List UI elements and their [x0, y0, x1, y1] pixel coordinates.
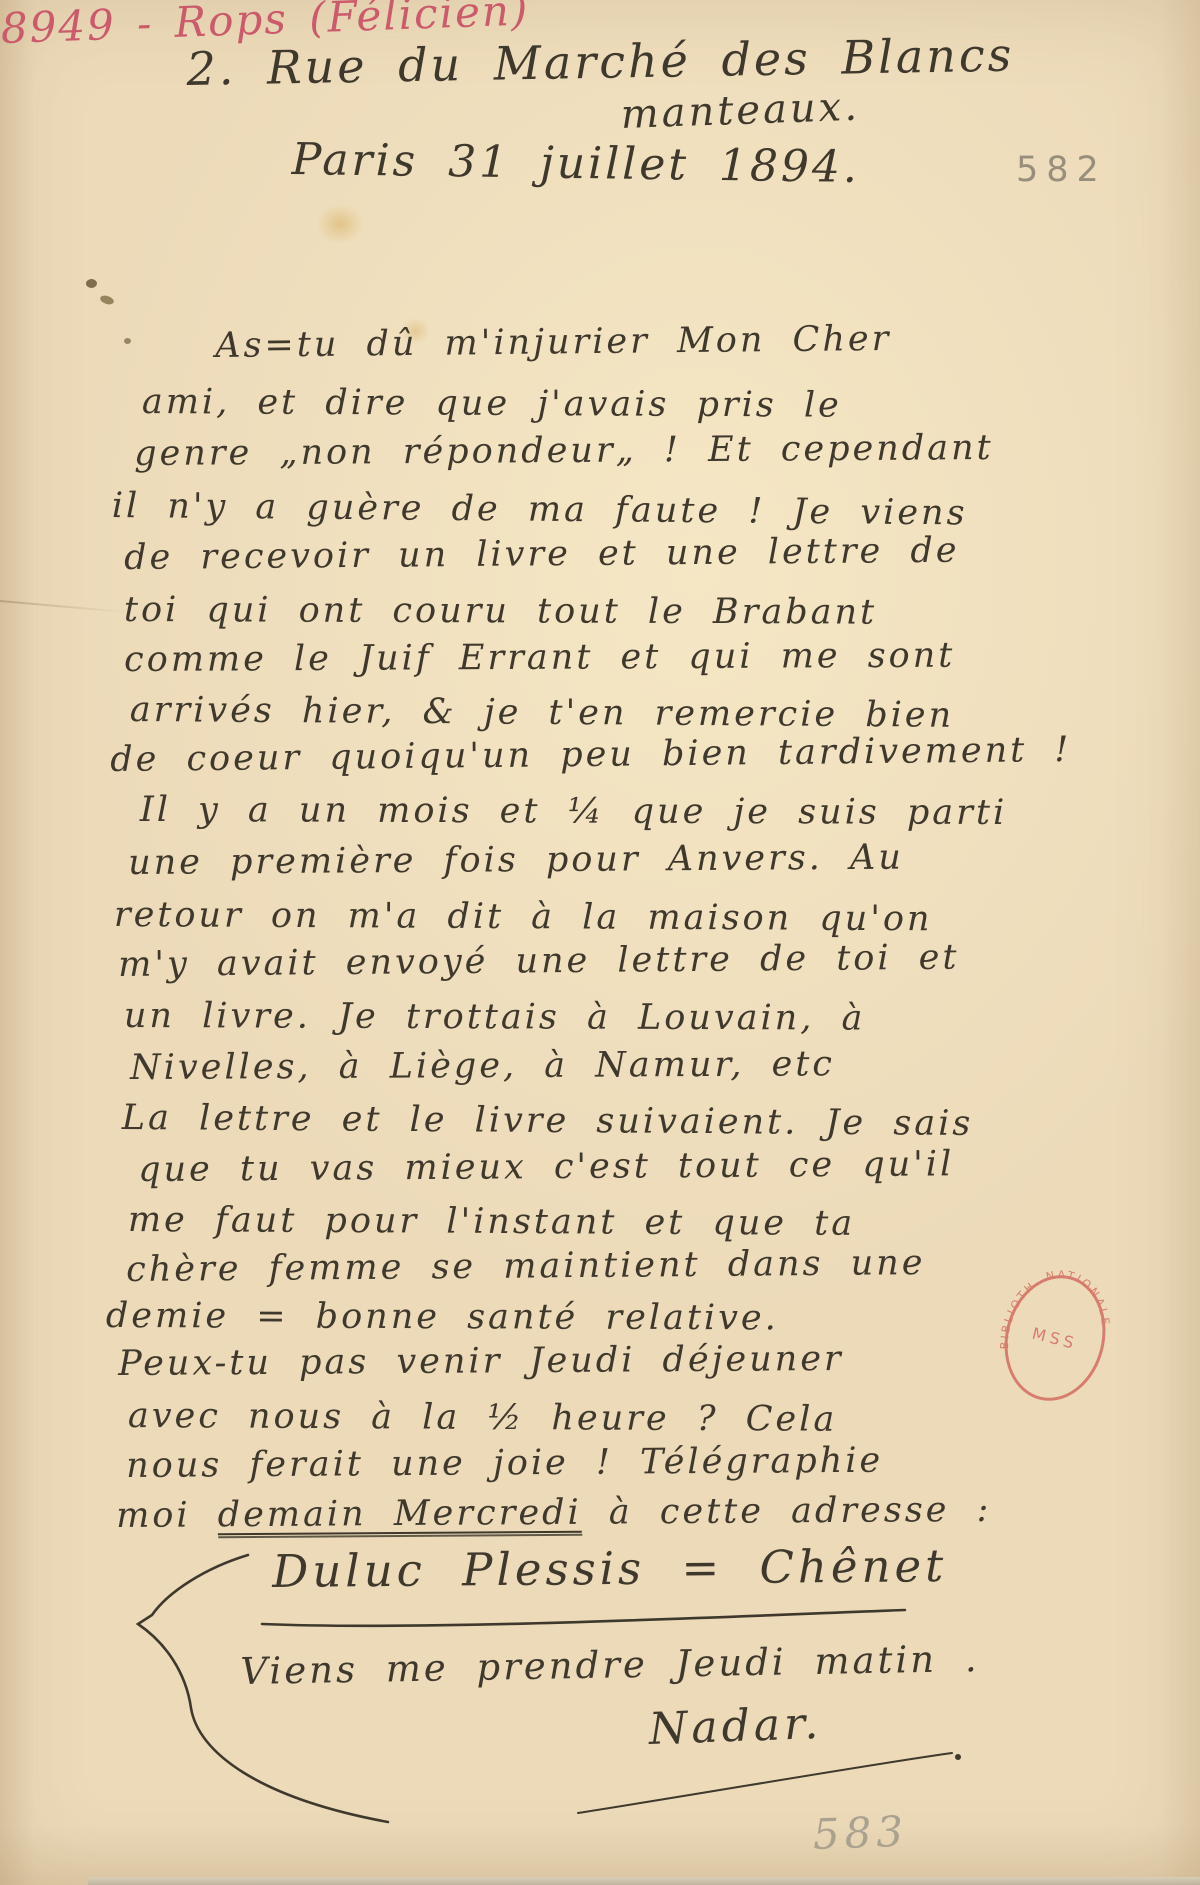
stain [316, 204, 364, 244]
letter-line: Peux-tu pas venir Jeudi déjeuner [118, 1339, 844, 1384]
library-stamp: BIBLIOTH. NATIONALE MSS [986, 1256, 1124, 1411]
letter-line: La lettre et le livre suivaient. Je sais [122, 1098, 974, 1144]
letter-line: toi qui ont couru tout le Brabant [124, 590, 877, 633]
line-text: moi [116, 1495, 218, 1536]
dateline: Paris 31 juillet 1894. [291, 134, 860, 193]
address-line-2: manteaux. [620, 84, 861, 138]
stain [86, 279, 97, 288]
flourish-dot [955, 1754, 961, 1760]
letter-line: As=tu dû m'injurier Mon Cher [215, 319, 892, 366]
letter-line: chère femme se maintient dans une [126, 1243, 926, 1290]
stain [99, 294, 115, 306]
letter-line: un livre. Je trottais à Louvain, à [124, 996, 866, 1039]
letter-line: Nivelles, à Liège, à Namur, etc [130, 1044, 835, 1088]
underlined-text: demain Mercredi [218, 1493, 582, 1539]
postscript: Viens me prendre Jeudi matin . [240, 1637, 980, 1693]
letter-line: de recevoir un livre et une lettre de [124, 531, 960, 578]
folio-number-bottom: 583 [812, 1807, 909, 1859]
scan-edge [88, 1877, 1200, 1885]
telegraph-address: Duluc Plessis = Chênet [272, 1539, 947, 1598]
stain [124, 338, 131, 344]
stamp-oval [993, 1266, 1116, 1410]
letter-line: me faut pour l'instant et que ta [128, 1200, 855, 1244]
letter-line: une première fois pour Anvers. Au [128, 838, 904, 883]
signature: Nadar. [648, 1698, 823, 1755]
letter-line: que tu vas mieux c'est tout ce qu'il [138, 1144, 954, 1190]
letter-line: comme le Juif Errant et qui me sont [124, 636, 955, 680]
letter-line: moi demain Mercredi à cette adresse : [116, 1490, 991, 1536]
letter-line: avec nous à la ½ heure ? Cela [128, 1396, 838, 1440]
letter-line: de coeur quoiqu'un peu bien tardivement … [110, 730, 1072, 780]
letter-line: m'y avait envoyé une lettre de toi et [118, 938, 960, 985]
letter-line: il n'y a guère de ma faute ! Je viens [112, 486, 968, 533]
letter-line: genre „non répondeur„ ! Et cependant [134, 428, 994, 474]
letter-line: arrivés hier, & je t'en remercie bien [130, 690, 955, 736]
fold-crease [0, 600, 131, 613]
address-underline [262, 1610, 905, 1626]
letter-line: nous ferait une joie ! Télégraphie [126, 1441, 883, 1486]
letter-page: 8949 - Rops (Félicien) 2. Rue du Marché … [0, 0, 1200, 1885]
letter-line: demie = bonne santé relative. [106, 1296, 779, 1338]
stamp-arc-text: BIBLIOTH. NATIONALE [995, 1256, 1123, 1375]
line-text: à cette adresse : [582, 1490, 992, 1533]
signature-flourish [578, 1753, 952, 1813]
letter-line: retour on m'a dit à la maison qu'on [114, 895, 933, 939]
stamp-center-text: MSS [1030, 1324, 1079, 1354]
folio-number-top: 582 [1016, 150, 1107, 190]
letter-line: Il y a un mois et ¼ que je suis parti [140, 790, 1007, 833]
letter-line: ami, et dire que j'avais pris le [142, 382, 842, 426]
